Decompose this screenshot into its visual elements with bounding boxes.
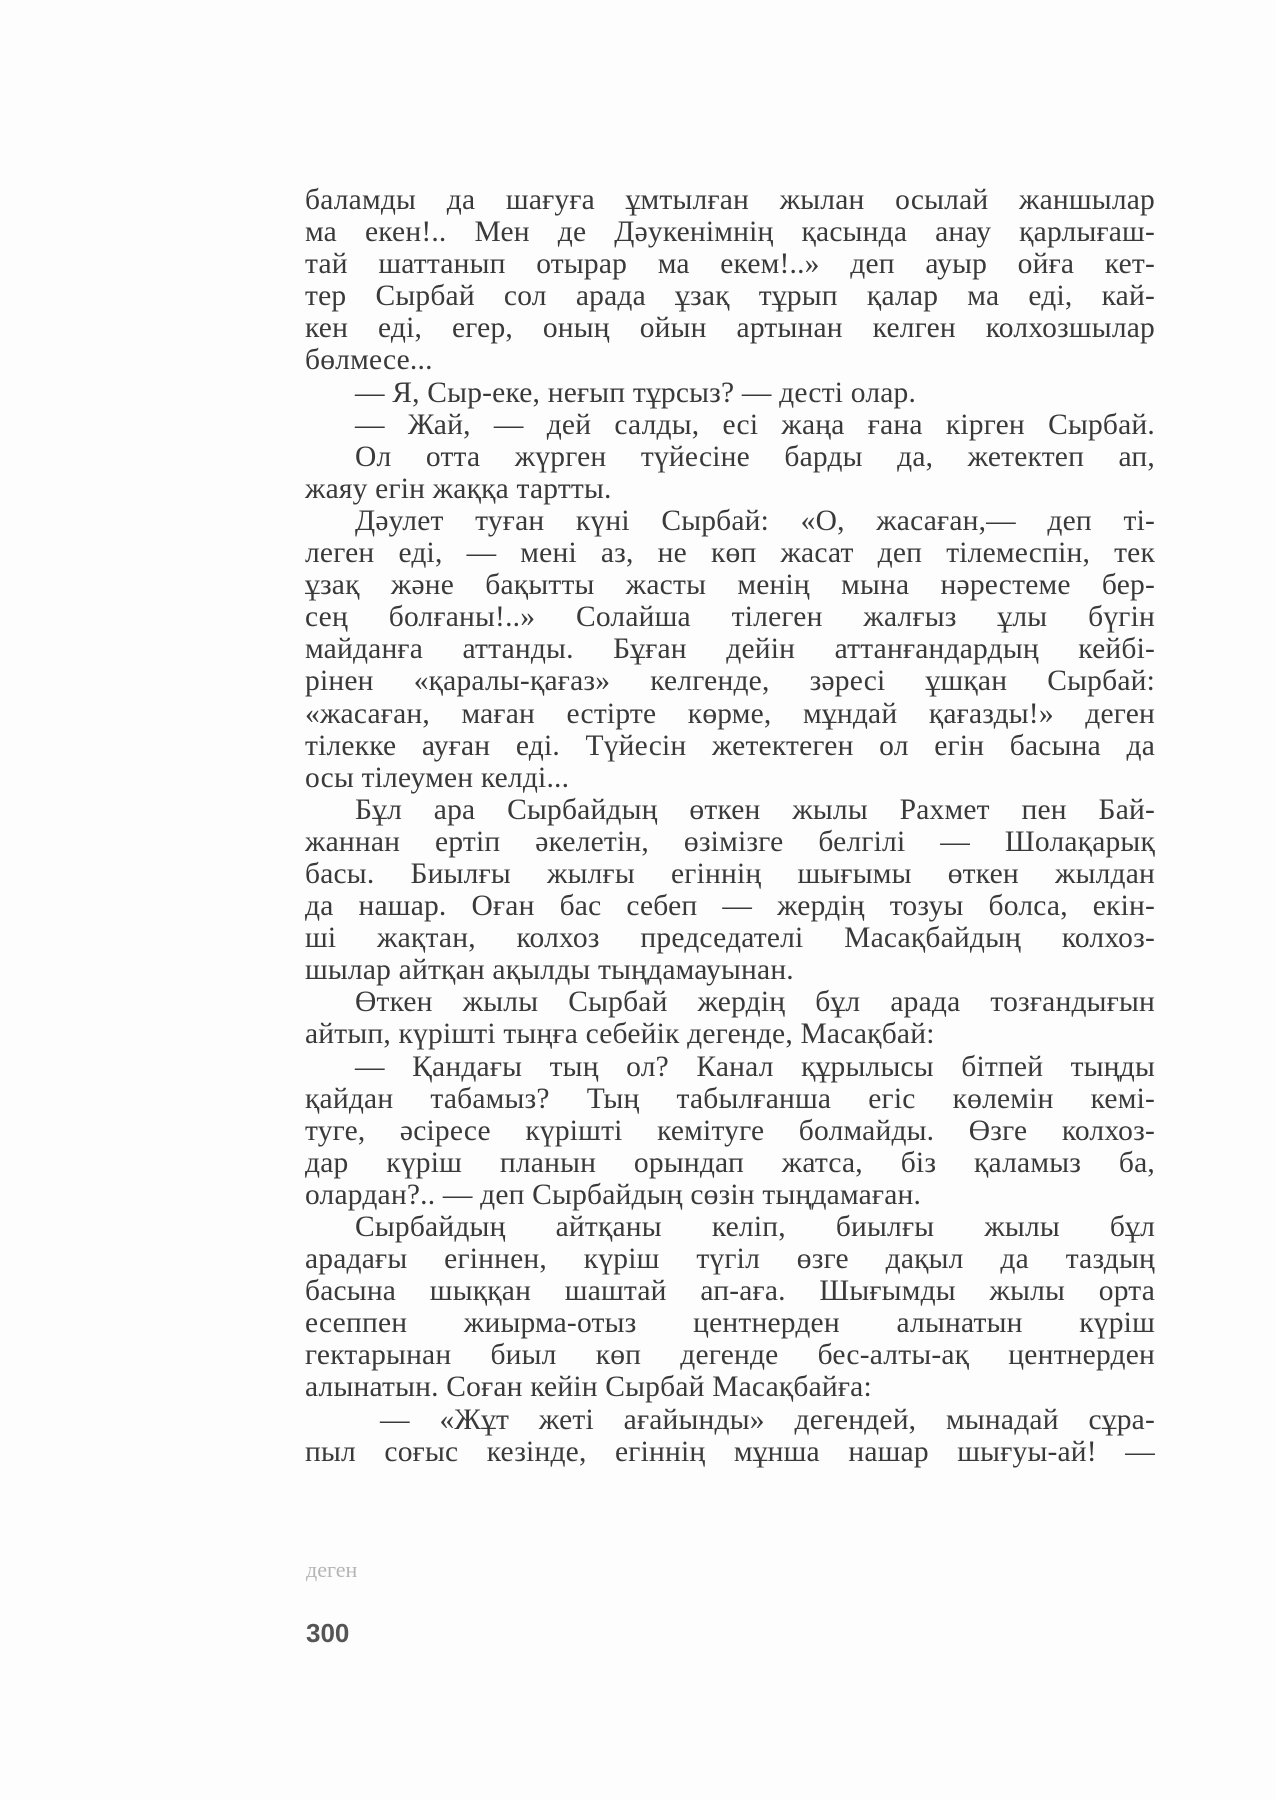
text-line: рінен «қаралы-қағаз» келгенде, зәресі ұш… — [305, 665, 1155, 697]
text-line: Бұл ара Сырбайдың өткен жылы Рахмет пен … — [305, 794, 1155, 826]
text-line: тілекке ауған еді. Түйесін жетектеген ол… — [305, 730, 1155, 762]
text-line: бөлмесе... — [305, 344, 1155, 376]
text-line: жаннан ертіп әкелетін, өзімізге белгілі … — [305, 826, 1155, 858]
text-line: ұзақ және бақытты жасты менің мына нәрес… — [305, 569, 1155, 601]
text-line: шылар айтқан ақылды тыңдамауынан. — [305, 954, 1155, 986]
text-line: леген еді, — мені аз, не көп жасат деп т… — [305, 537, 1155, 569]
text-line: баламды да шағуға ұмтылған жылан осылай … — [305, 184, 1155, 216]
text-line: Дәулет туған күні Сырбай: «О, жасаған,— … — [305, 505, 1155, 537]
text-line: — Я, Сыр-еке, неғып тұрсыз? — десті олар… — [305, 377, 1155, 409]
text-line: жаяу егін жаққа тартты. — [305, 473, 1155, 505]
text-line: алынатын. Соған кейін Сырбай Масақбайға: — [305, 1371, 1155, 1403]
text-line: айтып, күрішті тыңға себейік дегенде, Ма… — [305, 1018, 1155, 1050]
book-page: баламды да шағуға ұмтылған жылан осылай … — [0, 0, 1276, 1800]
text-line: қайдан табамыз? Тың табылғанша егіс көле… — [305, 1083, 1155, 1115]
page-body-text: баламды да шағуға ұмтылған жылан осылай … — [305, 184, 1155, 1468]
text-line: да нашар. Оған бас себеп — жердің тозуы … — [305, 890, 1155, 922]
text-line: — Жай, — дей салды, есі жаңа ғана кірген… — [305, 409, 1155, 441]
text-line: кен еді, егер, оның ойын артынан келген … — [305, 312, 1155, 344]
text-line: Өткен жылы Сырбай жердің бұл арада тозға… — [305, 986, 1155, 1018]
text-line: — Қандағы тың ол? Канал құрылысы бітпей … — [305, 1051, 1155, 1083]
text-line: олардан?.. — деп Сырбайдың сөзін тыңдама… — [305, 1179, 1155, 1211]
text-line: тер Сырбай сол арада ұзақ тұрып қалар ма… — [305, 280, 1155, 312]
text-line: туге, әсіресе күрішті кемітуге болмайды.… — [305, 1115, 1155, 1147]
text-line: басы. Биылғы жылғы егіннің шығымы өткен … — [305, 858, 1155, 890]
text-line: Ол отта жүрген түйесіне барды да, жетект… — [305, 441, 1155, 473]
text-line: пыл соғыс кезінде, егіннің мұнша нашар ш… — [305, 1436, 1155, 1468]
text-line: майданға аттанды. Бұған дейін аттанғанда… — [305, 633, 1155, 665]
text-line: дар күріш планын орындап жатса, біз қала… — [305, 1147, 1155, 1179]
text-line: гектарынан биыл көп дегенде бес-алты-ақ … — [305, 1339, 1155, 1371]
text-line: ма екен!.. Мен де Дәукенімнің қасында ан… — [305, 216, 1155, 248]
text-line: арадағы егіннен, күріш түгіл өзге дақыл … — [305, 1243, 1155, 1275]
page-number: 300 — [306, 1618, 349, 1649]
text-line: сең болғаны!..» Солайша тілеген жалғыз ұ… — [305, 601, 1155, 633]
text-line: тай шаттанып отырар ма екем!..» деп ауыр… — [305, 248, 1155, 280]
text-line: — «Жұт жеті ағайынды» дегендей, мынадай … — [305, 1404, 1155, 1436]
text-line: ші жақтан, колхоз председателі Масақбайд… — [305, 922, 1155, 954]
text-line: «жасаған, маған естірте көрме, мұндай қа… — [305, 698, 1155, 730]
text-line: есеппен жиырма-отыз центнерден алынатын … — [305, 1307, 1155, 1339]
text-line: Сырбайдың айтқаны келіп, биылғы жылы бұл — [305, 1211, 1155, 1243]
text-line: басына шыққан шаштай ап-аға. Шығымды жыл… — [305, 1275, 1155, 1307]
trailing-word: деген — [306, 1557, 357, 1583]
text-line: осы тілеумен келді... — [305, 762, 1155, 794]
